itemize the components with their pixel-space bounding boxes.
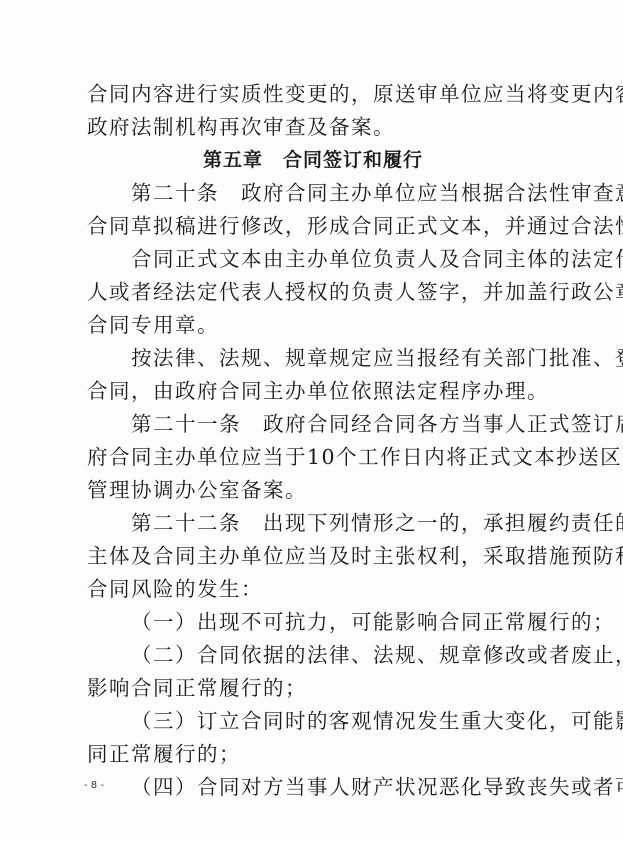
body-line: 政府法制机构再次审查及备案。: [87, 111, 539, 144]
body-line: 合同，由政府合同主办单位依照法定程序办理。: [87, 375, 539, 408]
body-line: 管理协调办公室备案。: [87, 474, 539, 507]
body-line: 府合同主办单位应当于10个工作日内将正式文本抄送区项目: [87, 441, 539, 474]
page-number: - 8 -: [84, 780, 104, 791]
paragraph-line: 按法律、法规、规章规定应当报经有关部门批准、登记的: [87, 342, 539, 375]
document-page: 合同内容进行实质性变更的，原送审单位应当将变更内容送区 政府法制机构再次审查及备…: [0, 0, 623, 842]
article-22-line: 第二十二条 出现下列情形之一的，承担履约责任的合同: [87, 507, 539, 540]
body-line: 人或者经法定代表人授权的负责人签字，并加盖行政公章或者: [87, 276, 539, 309]
list-item-4: （四）合同对方当事人财产状况恶化导致丧失或者可能丧: [87, 771, 539, 804]
article-20-line: 第二十条 政府合同主办单位应当根据合法性审查意见对: [87, 177, 539, 210]
body-line: 主体及合同主办单位应当及时主张权利，采取措施预防和应对: [87, 540, 539, 573]
list-item-3: （三）订立合同时的客观情况发生重大变化，可能影响合: [87, 705, 539, 738]
body-line: 同正常履行的；: [87, 738, 539, 771]
body-line: 影响合同正常履行的；: [87, 672, 539, 705]
article-21-line: 第二十一条 政府合同经合同各方当事人正式签订后，政: [87, 408, 539, 441]
list-item-1: （一）出现不可抗力，可能影响合同正常履行的；: [87, 606, 539, 639]
paragraph-line: 合同正式文本由主办单位负责人及合同主体的法定代表: [87, 243, 539, 276]
list-item-2: （二）合同依据的法律、法规、规章修改或者废止，可能: [87, 639, 539, 672]
chapter-heading: 第五章 合同签订和履行: [87, 144, 539, 177]
body-line: 合同内容进行实质性变更的，原送审单位应当将变更内容送区: [87, 78, 539, 111]
body-line: 合同草拟稿进行修改，形成合同正式文本，并通过合法性审查。: [87, 210, 539, 243]
body-line: 合同风险的发生：: [87, 573, 539, 606]
document-body: 合同内容进行实质性变更的，原送审单位应当将变更内容送区 政府法制机构再次审查及备…: [87, 78, 539, 804]
body-line: 合同专用章。: [87, 309, 539, 342]
